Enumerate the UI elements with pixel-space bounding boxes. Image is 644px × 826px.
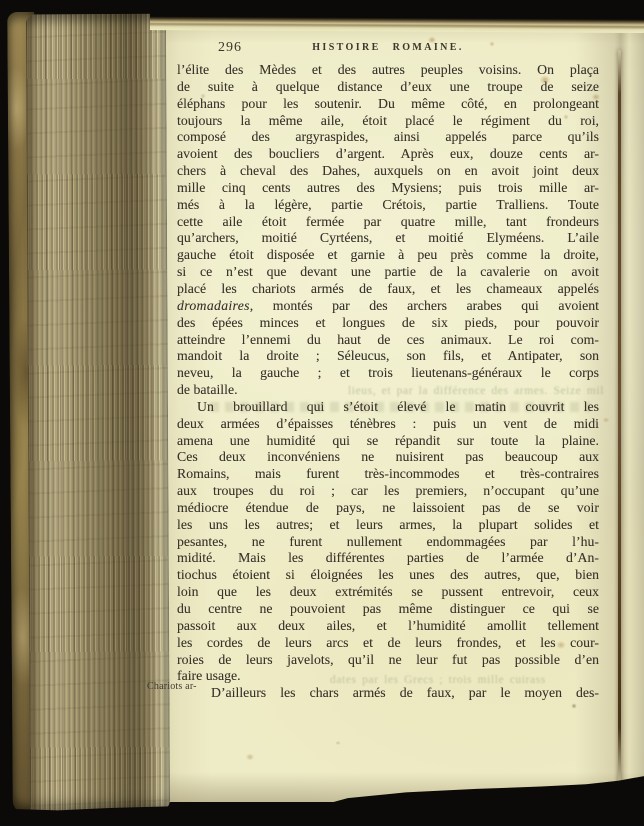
text-line: deux armées d’épaisses ténèbres : puis u… [177, 416, 599, 433]
text-line: si ce n’est que devant une partie de la … [177, 264, 599, 281]
text-line: D’ailleurs les chars armés de faux, par … [177, 685, 599, 702]
book-page: 296 HISTOIRE ROMAINE. lieus, et par la d… [150, 24, 644, 802]
text-line: més à la légère, partie Crétois, partie … [177, 197, 599, 214]
text-line: Un brouillard qui s’étoit élevé le matin… [177, 399, 599, 416]
text-line: avoient des boucliers d’argent. Après eu… [177, 146, 599, 163]
text-line: neveu, la gauche ; et trois lieutenans-g… [177, 365, 599, 382]
text-line: l’élite des Mèdes et des autres peuples … [177, 62, 599, 79]
text-line: passoit aux deux ailes, et l’humidité am… [177, 618, 599, 635]
page-gutter-line [618, 50, 621, 786]
text-line: chers à cheval des Dahes, auxquels on en… [177, 163, 599, 180]
text-line: Romains, mais furent très-incommodes et … [177, 466, 599, 483]
text-line: du centre ne pouvoient pas même distingu… [177, 601, 599, 618]
text-line: cette aile étoit fermée par quatre mille… [177, 214, 599, 231]
page-edges-stack [26, 14, 170, 813]
paragraph: D’ailleurs les chars armés de faux, par … [177, 685, 599, 702]
book-photo: 296 HISTOIRE ROMAINE. lieus, et par la d… [0, 0, 644, 826]
text-line: gauche étoit disposée et garnie à peu pr… [177, 247, 599, 264]
text-line: des épées minces et longues de six pieds… [177, 315, 599, 332]
text-line: placé les chariots armés de faux, et les… [177, 281, 599, 298]
page-header: 296 HISTOIRE ROMAINE. [177, 39, 599, 61]
text-line: les uns les autres; et leurs armes, la p… [177, 517, 599, 534]
body-text: l’élite des Mèdes et des autres peuples … [177, 62, 599, 702]
text-line: aux troupes du roi ; car les premiers, n… [177, 483, 599, 500]
text-line: atteindre l’ennemi du haut de ces animau… [177, 332, 599, 349]
text-line: médiocre étendue de pays, ne laissoient … [177, 500, 599, 517]
text-line: amena une humidité qui se répandit sur t… [177, 433, 599, 450]
paragraph: Un brouillard qui s’étoit élevé le matin… [177, 399, 599, 685]
text-line: mille cinq cents autres des Mysiens; pui… [177, 180, 599, 197]
text-line: midité. Mais les différentes parties de … [177, 550, 599, 567]
text-line: loin que les deux extrémités se pussent … [177, 584, 599, 601]
margin-note: Chariots ar- [147, 681, 197, 692]
running-title: HISTOIRE ROMAINE. [177, 42, 599, 53]
text-line: éléphans pour les soutenir. Du même côté… [177, 96, 599, 113]
text-line: mandoit la droite ; Séleucus, son fils, … [177, 348, 599, 365]
text-line: tiochus étoient si éloignées les unes de… [177, 567, 599, 584]
text-line: les cordes de leurs arcs et de leurs fro… [177, 635, 599, 652]
text-line: toujours la même aile, étoit placé le ré… [177, 113, 599, 130]
text-line: de suite à quelque distance d’eux une tr… [177, 79, 599, 96]
text-line: Ces deux inconvéniens ne nuisirent pas b… [177, 449, 599, 466]
text-line: qu’archers, moitié Cyrtéens, et moitié E… [177, 230, 599, 247]
text-line: faire usage. [177, 668, 599, 685]
text-line: dromadaires, montés par des archers arab… [177, 298, 599, 315]
paragraph: l’élite des Mèdes et des autres peuples … [177, 62, 599, 399]
text-line: composé des argyraspides, ainsi appelés … [177, 129, 599, 146]
page-top-edges [150, 13, 644, 33]
text-line: de bataille. [177, 382, 599, 399]
text-line: pesantes, ne furent nullement endommagée… [177, 534, 599, 551]
text-line: roies de leurs javelots, qu’il ne leur f… [177, 652, 599, 669]
